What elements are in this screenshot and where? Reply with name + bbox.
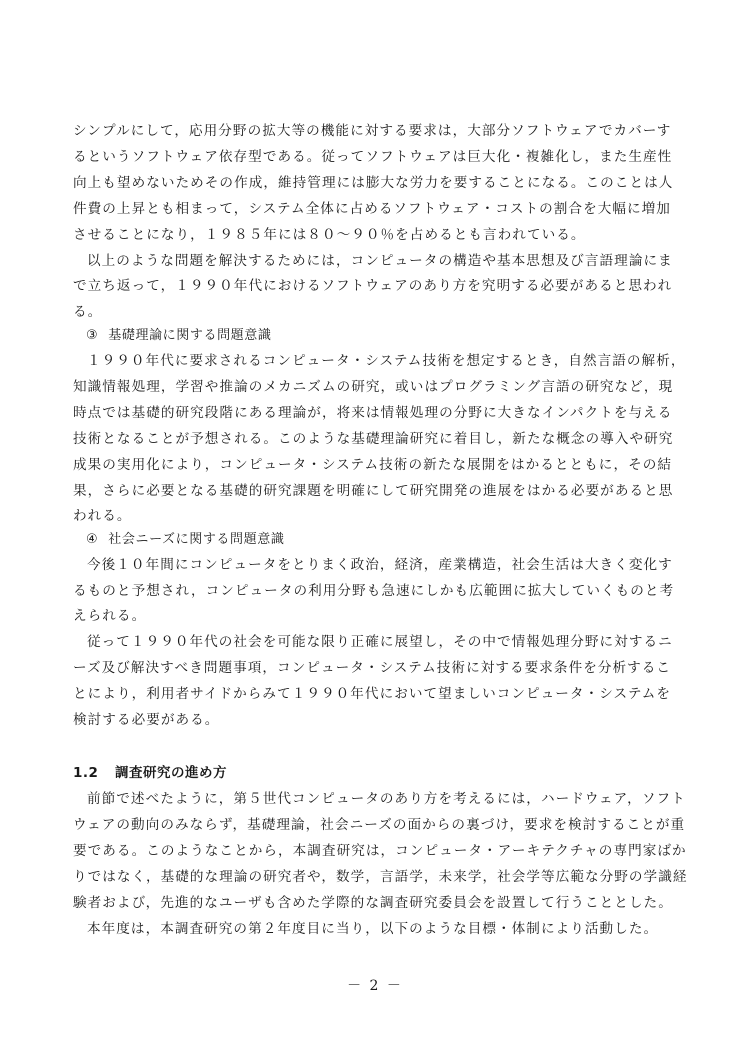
document-page: シンプルにして，応用分野の拡大等の機能に対する要求は，大部分ソフトウェアでカバー… (0, 0, 750, 1054)
section-number: 1.2 (73, 762, 115, 784)
text-line: 本年度は，本調査研究の第２年度目に当り，以下のような目標・体制により活動した。 (87, 918, 697, 940)
text-line: ウェアの動向のみならず，基礎理論，社会ニーズの面からの裏づけ，要求を検討すること… (73, 814, 683, 836)
text-line: 知識情報処理，学習や推論のメカニズムの研究，或いはプログラミング言語の研究など，… (73, 376, 683, 398)
subsection-title: 基礎理論に関する問題意識 (108, 328, 271, 343)
item-marker: ③ (86, 325, 98, 347)
text-line: シンプルにして，応用分野の拡大等の機能に対する要求は，大部分ソフトウェアでカバー… (73, 120, 683, 142)
text-line: 従って１９９０年代の社会を可能な限り正確に展望し，その中で情報処理分野に対するニ (87, 631, 697, 653)
text-line: ーズ及び解決すべき問題事項，コンピュータ・システム技術に対する要求条件を分析する… (73, 657, 683, 679)
page-number: － 2 － (0, 975, 750, 995)
subsection-title: 社会ニーズに関する問題意識 (108, 532, 284, 547)
text-line: 件費の上昇とも相まって，システム全体に占めるソフトウェア・コストの割合を大幅に増… (73, 198, 683, 220)
subsection-heading-3: ③基礎理論に関する問題意識 (86, 325, 696, 347)
text-line: 以上のような問題を解決するためには，コンピュータの構造や基本思想及び言語理論にま (87, 250, 697, 272)
text-line: りではなく，基礎的な理論の研究者や，数学，言語学，未来学，社会学等広範な分野の学… (73, 866, 683, 888)
subsection-heading-4: ④社会ニーズに関する問題意識 (86, 529, 696, 551)
text-line: 向上も望めないためその作成，維持管理には膨大な労力を要することになる。このことは… (73, 172, 683, 194)
text-line: １９９０年代に要求されるコンピュータ・システム技術を想定するとき，自然言語の解析… (87, 350, 697, 372)
section-heading: 1.2調査研究の進め方 (73, 762, 683, 784)
text-line: 験者および，先進的なユーザも含めた学際的な調査研究委員会を設置して行うこととした… (73, 892, 683, 914)
text-line: るものと予想され，コンピュータの利用分野も急速にしかも広範囲に拡大していくものと… (73, 580, 683, 602)
text-line: われる。 (73, 505, 683, 527)
section-title: 調査研究の進め方 (115, 765, 227, 781)
text-line: 技術となることが予想される。このような基礎理論研究に着目し，新たな概念の導入や研… (73, 428, 683, 450)
text-line: 時点では基礎的研究段階にある理論が，将来は情報処理の分野に大きなインパクトを与え… (73, 402, 683, 424)
text-line: とにより，利用者サイドからみて１９９０年代において望ましいコンピュータ・システム… (73, 683, 683, 705)
text-line: 成果の実用化により，コンピュータ・システム技術の新たな展開をはかるとともに，その… (73, 454, 683, 476)
text-line: るというソフトウェア依存型である。従ってソフトウェアは巨大化・複雑化し，また生産… (73, 146, 683, 168)
text-line: 今後１０年間にコンピュータをとりまく政治，経済，産業構造，社会生活は大きく変化す (87, 554, 697, 576)
item-marker: ④ (86, 529, 98, 551)
text-line: えられる。 (73, 605, 683, 627)
text-line: 検討する必要がある。 (73, 709, 683, 731)
text-line: る。 (73, 301, 683, 323)
text-line: 果，さらに必要となる基礎的研究課題を明確にして研究開発の進展をはかる必要があると… (73, 480, 683, 502)
text-line: で立ち返って，１９９０年代におけるソフトウェアのあり方を究明する必要があると思わ… (73, 275, 683, 297)
text-line: 要である。このようなことから，本調査研究は，コンピュータ・アーキテクチャの専門家… (73, 840, 683, 862)
text-line: させることになり，１９８５年には８０～９０％を占めるとも言われている。 (73, 224, 683, 246)
text-line: 前節で述べたように，第５世代コンピュータのあり方を考えるには，ハードウェア，ソフ… (87, 788, 697, 810)
